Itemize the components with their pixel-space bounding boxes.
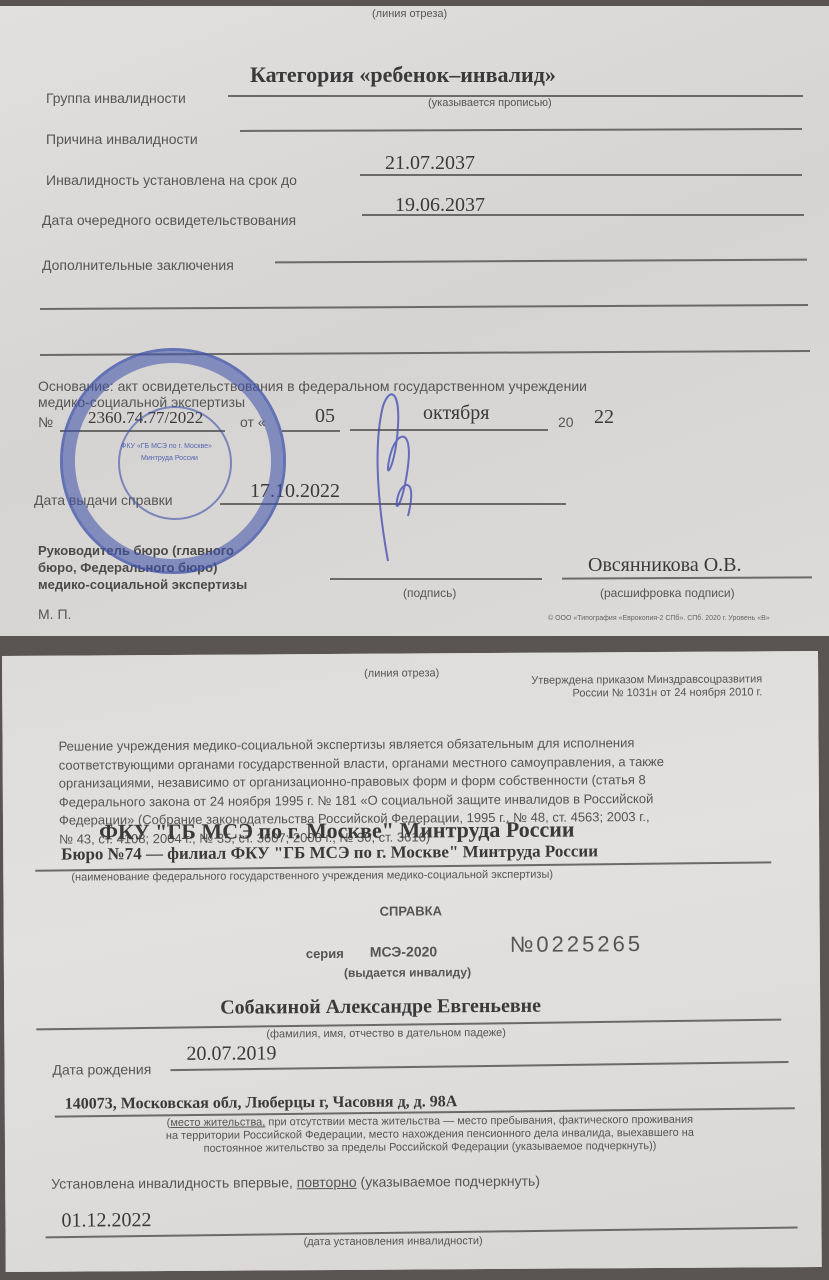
approval-line2: России № 1031н от 24 ноября 2010 г.: [494, 686, 762, 701]
issued-to-hint: (выдается инвалиду): [344, 965, 471, 980]
established-underlined: повторно: [297, 1174, 357, 1190]
head-name-value: Овсянникова О.В.: [588, 554, 742, 577]
next-exam-label: Дата очередного освидетельствования: [42, 212, 296, 228]
signature-line: [330, 578, 542, 580]
seal-place-label: М. П.: [38, 606, 71, 622]
cut-line-label: (линия отреза): [372, 8, 447, 20]
printer-note: © ООО «Типография «Еврокопия-2 СПб». СПб…: [548, 615, 770, 622]
additional-line-2: [40, 304, 808, 310]
disability-term-line: [360, 174, 802, 176]
person-name-hint: (фамилия, имя, отчество в дательном паде…: [266, 1027, 506, 1040]
disability-group-hint: (указывается прописью): [428, 97, 552, 109]
act-month-value: октября: [423, 402, 490, 425]
head-label-line3: медико-социальной экспертизы: [38, 576, 247, 593]
act-day-value: 05: [315, 405, 335, 428]
birth-date-value: 20.07.2019: [186, 1042, 276, 1066]
institution-hint: (наименование федерального государственн…: [71, 869, 553, 884]
disability-term-value: 21.07.2037: [385, 152, 475, 175]
stamp-center-line2: Минтруда России: [141, 455, 198, 462]
established-suffix: (указываемое подчеркнуть): [357, 1173, 540, 1190]
disability-reason-line: [240, 128, 802, 131]
signature-hint: (подпись): [403, 586, 456, 600]
certificate-number: №0225265: [510, 931, 643, 958]
additional-conclusions-label: Дополнительные заключения: [42, 257, 234, 273]
stamp-inner-ring: [118, 406, 232, 520]
next-exam-line: [362, 214, 804, 216]
disability-term-label: Инвалидность установлена на срок до: [46, 172, 297, 188]
act-number-prefix: №: [38, 414, 53, 430]
established-statement: Установлена инвалидность впервые, повтор…: [51, 1173, 540, 1192]
address-hint-underlined: место жительства,: [170, 1116, 265, 1129]
certificate-stub-sheet: (линия отреза) Категория «ребенок–инвали…: [0, 6, 829, 636]
disability-group-value: Категория «ребенок–инвалид»: [250, 62, 556, 88]
additional-line-1: [275, 259, 807, 263]
act-day-line: [282, 430, 340, 432]
address-value: 140073, Московская обл, Люберцы г, Часов…: [65, 1093, 458, 1113]
approval-note: Утверждена приказом Минздравсоцразвития …: [494, 673, 762, 701]
stamp-center-line1: ФКУ «ГБ МСЭ по г. Москве»: [121, 443, 212, 450]
official-stamp: ФКУ «ГБ МСЭ по г. Москве» Минтруда Росси…: [60, 348, 286, 574]
established-date-value: 01.12.2022: [61, 1209, 151, 1233]
act-year-prefix: 20: [558, 414, 574, 430]
established-prefix: Установлена инвалидность впервые,: [51, 1174, 297, 1191]
institution-name-line2: Бюро №74 — филиал ФКУ "ГБ МСЭ по г. Моск…: [61, 841, 598, 864]
head-name-hint: (расшифровка подписи): [600, 586, 735, 600]
act-year-value: 22: [594, 406, 614, 429]
document-title: СПРАВКА: [380, 903, 442, 918]
certificate-main-sheet: (линия отреза) Утверждена приказом Минзд…: [2, 651, 822, 1272]
person-name: Собакиной Александре Евгеньевне: [220, 995, 541, 1020]
series-value: МСЭ-2020: [370, 943, 437, 959]
birth-date-label: Дата рождения: [52, 1061, 151, 1078]
series-label: серия: [306, 946, 344, 961]
address-hint: (место жительства, при отсутствии места …: [85, 1113, 775, 1156]
head-name-line: [562, 576, 812, 579]
established-date-hint: (дата установления инвалидности): [304, 1235, 483, 1248]
handwritten-signature-icon: [368, 386, 428, 566]
disability-reason-label: Причина инвалидности: [46, 131, 198, 147]
disability-group-label: Группа инвалидности: [46, 90, 186, 106]
cut-line-label-bottom: (линия отреза): [364, 667, 439, 679]
